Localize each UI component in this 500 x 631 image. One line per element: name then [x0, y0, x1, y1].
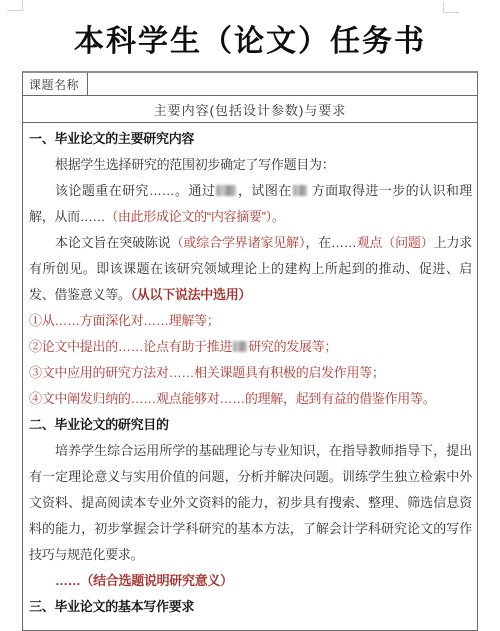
text-segment-red: 研究的发展等； — [248, 339, 337, 354]
text-segment: ，试图在 — [237, 183, 291, 198]
page-margin-mark-top-right — [443, 2, 459, 13]
section2-note: ……（结合选题说明研究意义） — [29, 568, 472, 594]
section1-heading: 一、毕业论文的主要研究内容 — [29, 126, 472, 152]
section1-paragraph2: 该论题重在研究……。通过，试图在 方面取得进一步的认识和理解，从而……（由此形成… — [29, 178, 472, 230]
illegible-smudge — [233, 341, 247, 352]
text-segment-red: （由此形成论文的“内容摘要”）。 — [105, 209, 284, 224]
list-item-3: ③文中应用的研究方法对……相关课题具有积极的启发作用等； — [29, 360, 472, 386]
topic-name-value — [88, 73, 477, 95]
text-segment-red: ②论文中提出的……论点有助于推进 — [29, 339, 232, 354]
list-item-1: ①从……方面深化对……理解等； — [29, 308, 472, 334]
topic-name-label: 课题名称 — [23, 73, 88, 95]
text-segment: 该论题重在研究……。通过 — [55, 183, 215, 198]
list-item-2: ②论文中提出的……论点有助于推进研究的发展等； — [29, 334, 472, 360]
task-table: 课题名称 主要内容(包括设计参数)与要求 一、毕业论文的主要研究内容 根据学生选… — [22, 71, 478, 631]
section1-paragraph3: 本论文旨在突破陈说（或综合学界诸家见解），在……观点（问题）上力求有所创见。即该… — [29, 230, 472, 308]
text-segment: 本论文旨在突破陈说 — [55, 235, 171, 250]
section1-paragraph1: 根据学生选择研究的范围初步确定了写作题目为： — [29, 152, 472, 178]
section2-heading: 二、毕业论文的研究目的 — [29, 412, 472, 438]
list-item-4: ④文中阐发归纳的……观点能够对……的理解，起到有益的借鉴作用等。 — [29, 386, 472, 412]
main-content-header: 主要内容(包括设计参数)与要求 — [23, 96, 477, 123]
topic-name-row: 课题名称 — [23, 73, 477, 96]
text-segment: ，在…… — [305, 235, 356, 250]
text-segment-red-bold: （从以下说法中选用） — [131, 287, 252, 302]
document-page: 本科学生（论文）任务书 课题名称 主要内容(包括设计参数)与要求 一、毕业论文的… — [0, 0, 500, 631]
section2-paragraph1: 培养学生综合运用所学的基础理论与专业知识，在指导教师指导下，提出有一定理论意义与… — [29, 438, 472, 568]
document-title: 本科学生（论文）任务书 — [0, 16, 500, 60]
illegible-smudge — [216, 185, 236, 196]
page-margin-mark-top-left — [7, 0, 23, 11]
text-segment-red: （或综合学界诸家见解） — [171, 235, 306, 250]
main-content-body: 一、毕业论文的主要研究内容 根据学生选择研究的范围初步确定了写作题目为： 该论题… — [23, 123, 477, 620]
illegible-smudge — [293, 185, 307, 196]
section3-heading: 三、毕业论文的基本写作要求 — [29, 594, 472, 620]
text-segment-red: 观点（问题） — [356, 235, 433, 250]
